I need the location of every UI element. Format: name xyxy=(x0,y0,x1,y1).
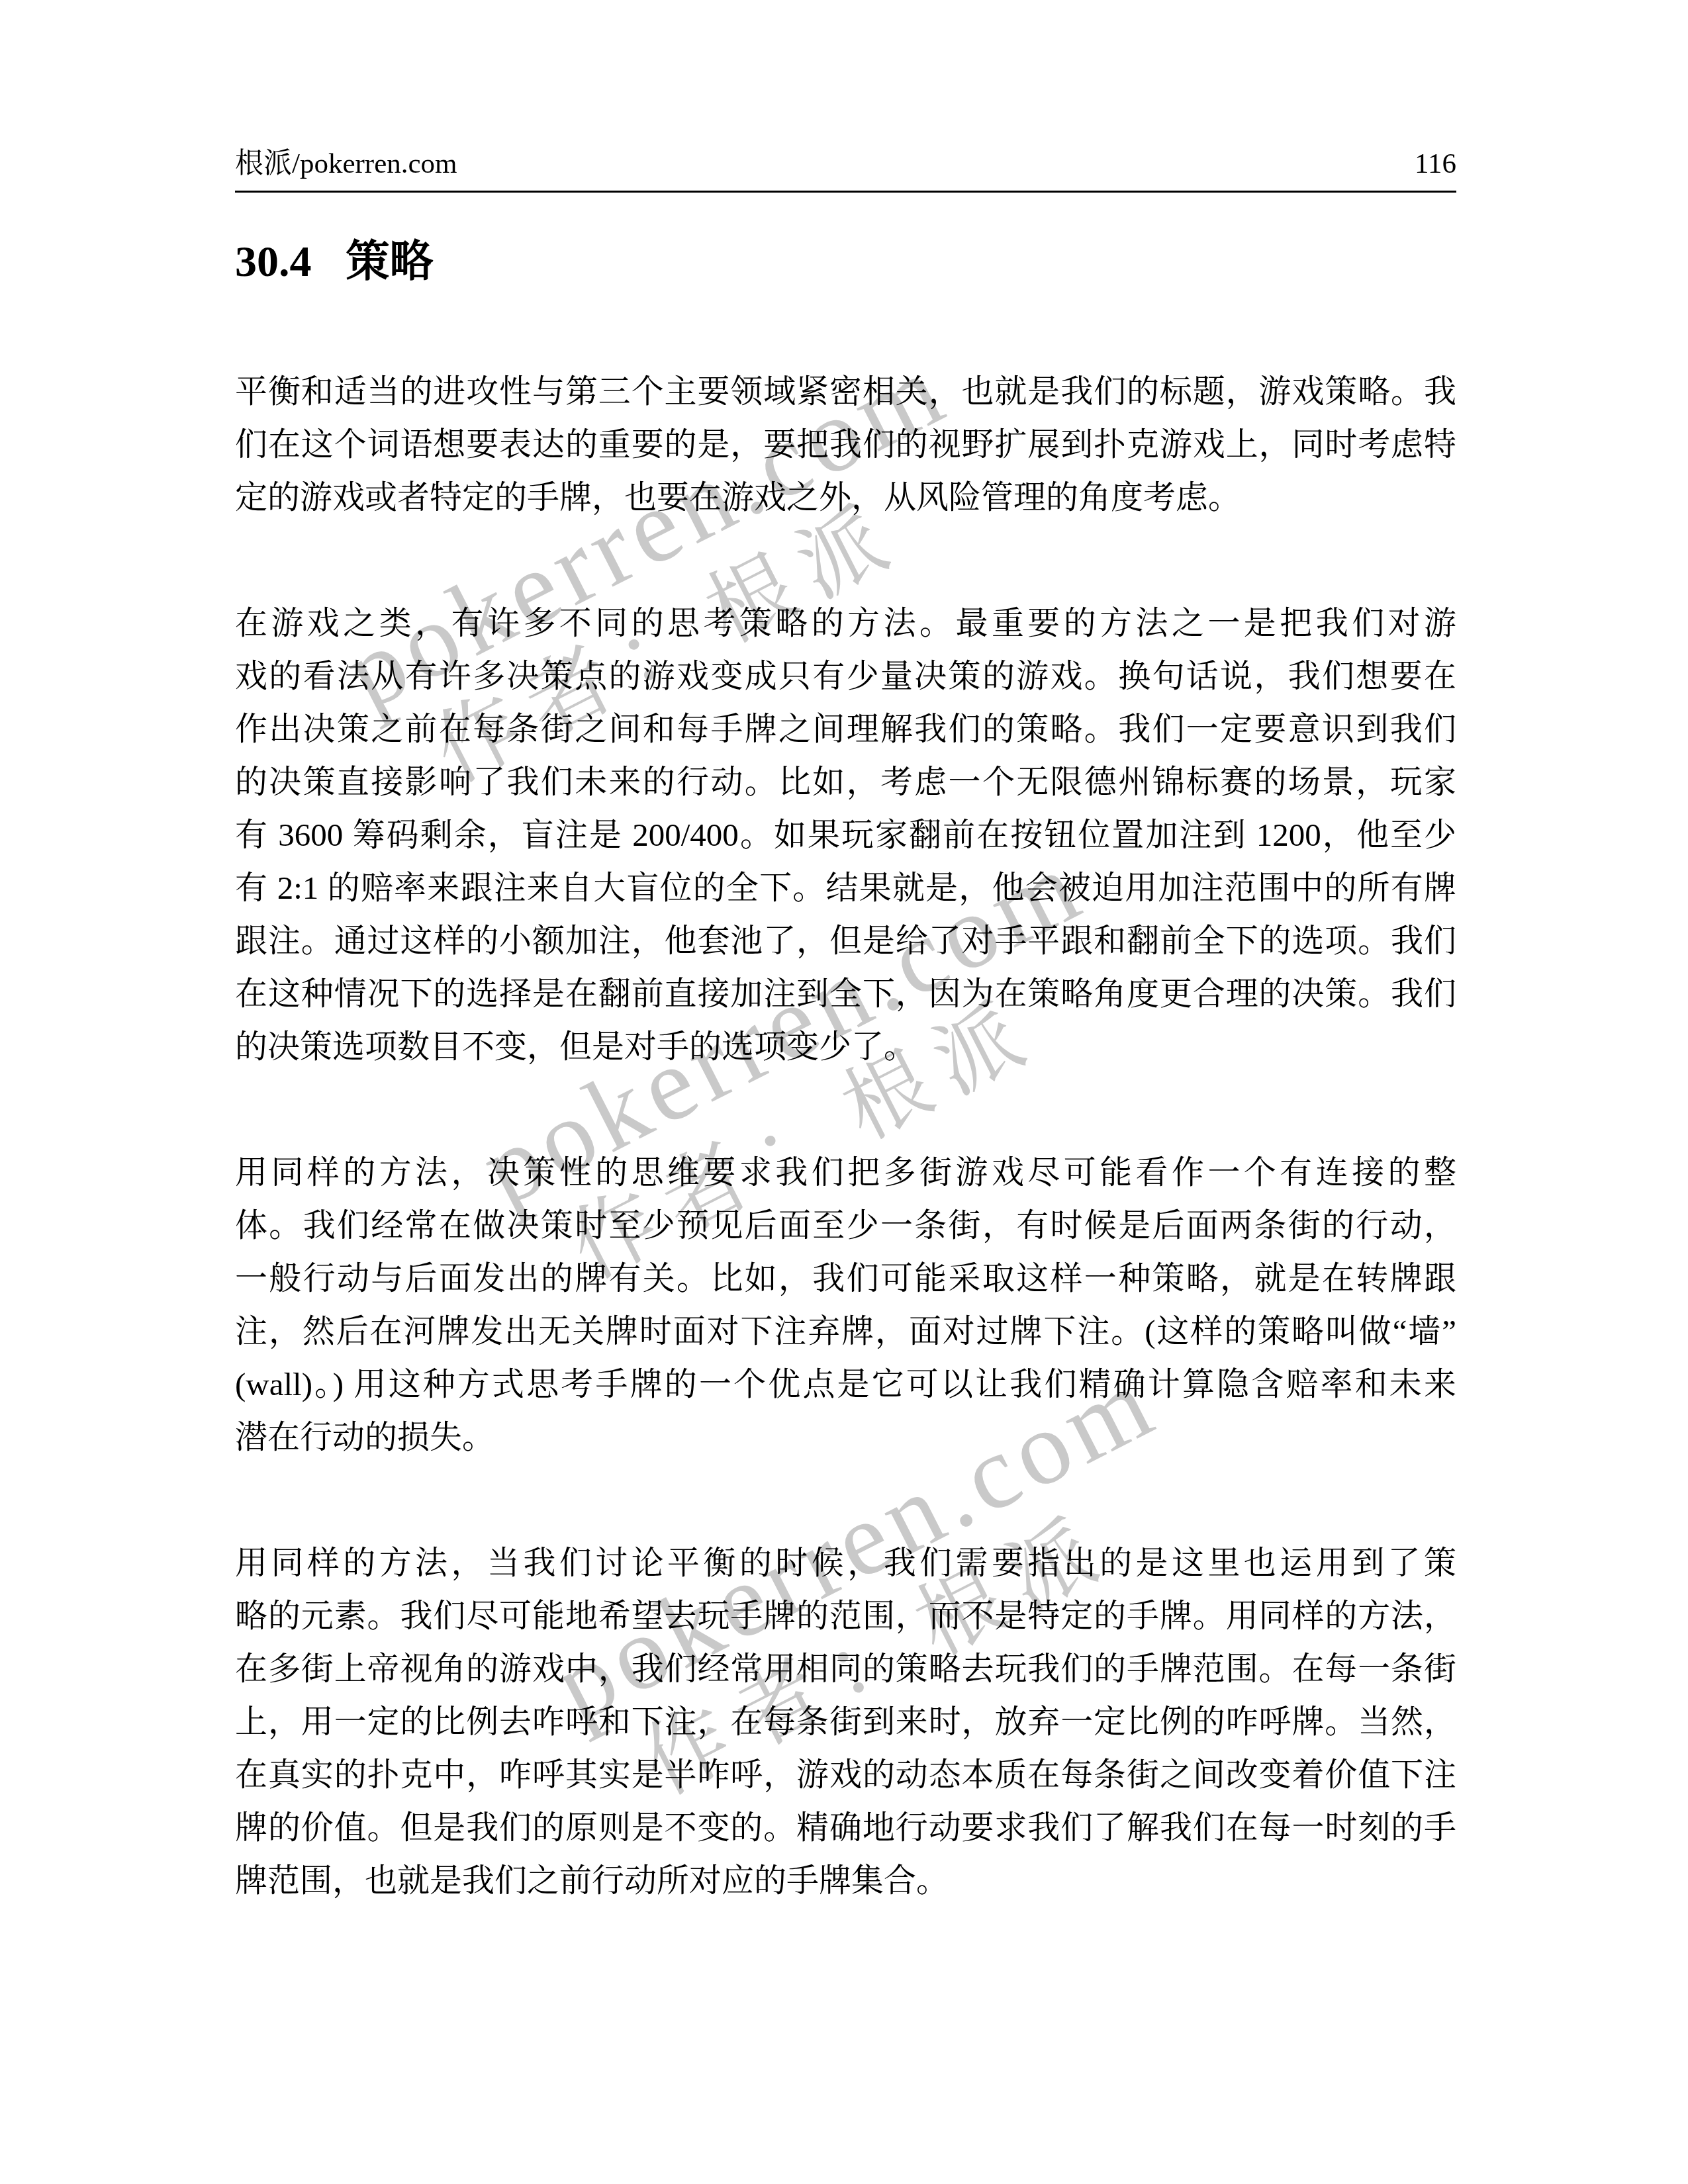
text-line: 在游戏之类，有许多不同的思考策略的方法。最重要的方法之一是把我们对游 xyxy=(235,597,1456,650)
section-number: 30.4 xyxy=(235,238,312,286)
page-number: 116 xyxy=(1415,150,1456,178)
text-line: 略的元素。我们尽可能地希望去玩手牌的范围，而不是特定的手牌。用同样的方法， xyxy=(235,1590,1456,1643)
text-line: 在多街上帝视角的游戏中，我们经常用相同的策略去玩我们的手牌范围。在每一条街 xyxy=(235,1643,1456,1696)
text-line: 平衡和适当的进攻性与第三个主要领域紧密相关，也就是我们的标题，游戏策略。我 xyxy=(235,365,1456,418)
text-line: 作出决策之前在每条街之间和每手牌之间理解我们的策略。我们一定要意识到我们 xyxy=(235,703,1456,756)
text-line: 的决策选项数目不变，但是对手的选项变少了。 xyxy=(235,1021,1456,1073)
text-line: 在这种情况下的选择是在翻前直接加注到全下，因为在策略角度更合理的决策。我们 xyxy=(235,968,1456,1021)
text-line: 体。我们经常在做决策时至少预见后面至少一条街，有时候是后面两条街的行动， xyxy=(235,1199,1456,1252)
text-line: 上，用一定的比例去咋呼和下注，在每条街到来时，放弃一定比例的咋呼牌。当然， xyxy=(235,1696,1456,1749)
section-heading: 30.4策略 xyxy=(235,238,434,287)
text-line: 在真实的扑克中，咋呼其实是半咋呼，游戏的动态本质在每条街之间改变着价值下注 xyxy=(235,1749,1456,1801)
text-line: 用同样的方法，当我们讨论平衡的时候，我们需要指出的是这里也运用到了策 xyxy=(235,1537,1456,1590)
header-site-text: 根派/pokerren.com xyxy=(235,150,457,178)
text-line: 定的游戏或者特定的手牌，也要在游戏之外，从风险管理的角度考虑。 xyxy=(235,471,1456,524)
text-line: 们在这个词语想要表达的重要的是，要把我们的视野扩展到扑克游戏上，同时考虑特 xyxy=(235,418,1456,471)
text-line: 用同样的方法，决策性的思维要求我们把多街游戏尽可能看作一个有连接的整 xyxy=(235,1146,1456,1199)
header-rule xyxy=(235,191,1456,193)
paragraph: 用同样的方法，当我们讨论平衡的时候，我们需要指出的是这里也运用到了策略的元素。我… xyxy=(235,1537,1456,1907)
body-text: 平衡和适当的进攻性与第三个主要领域紧密相关，也就是我们的标题，游戏策略。我们在这… xyxy=(235,365,1456,1907)
text-line: 一般行动与后面发出的牌有关。比如，我们可能采取这样一种策略，就是在转牌跟 xyxy=(235,1252,1456,1305)
section-title: 策略 xyxy=(346,238,434,286)
paragraph: 在游戏之类，有许多不同的思考策略的方法。最重要的方法之一是把我们对游戏的看法从有… xyxy=(235,597,1456,1073)
paragraph: 平衡和适当的进攻性与第三个主要领域紧密相关，也就是我们的标题，游戏策略。我们在这… xyxy=(235,365,1456,524)
text-line: 有 2:1 的赔率来跟注来自大盲位的全下。结果就是，他会被迫用加注范围中的所有牌 xyxy=(235,862,1456,915)
text-line: 有 3600 筹码剩余，盲注是 200/400。如果玩家翻前在按钮位置加注到 1… xyxy=(235,809,1456,862)
text-line: 的决策直接影响了我们未来的行动。比如，考虑一个无限德州锦标赛的场景，玩家 xyxy=(235,756,1456,809)
paragraph: 用同样的方法，决策性的思维要求我们把多街游戏尽可能看作一个有连接的整体。我们经常… xyxy=(235,1146,1456,1464)
text-line: 潜在行动的损失。 xyxy=(235,1411,1456,1464)
text-line: 注，然后在河牌发出无关牌时面对下注弃牌，面对过牌下注。(这样的策略叫做“墙” xyxy=(235,1305,1456,1358)
text-line: 牌范围，也就是我们之前行动所对应的手牌集合。 xyxy=(235,1854,1456,1907)
text-line: 牌的价值。但是我们的原则是不变的。精确地行动要求我们了解我们在每一时刻的手 xyxy=(235,1801,1456,1854)
text-line: 跟注。通过这样的小额加注，他套池了，但是给了对手平跟和翻前全下的选项。我们 xyxy=(235,915,1456,968)
text-line: 戏的看法从有许多决策点的游戏变成只有少量决策的游戏。换句话说，我们想要在 xyxy=(235,650,1456,703)
document-page: pokerren.com 作者：根派 pokerren.com 作者：根派 po… xyxy=(0,0,1688,2184)
page-header: 根派/pokerren.com 116 xyxy=(235,150,1456,178)
text-line: (wall)。) 用这种方式思考手牌的一个优点是它可以让我们精确计算隐含赔率和未… xyxy=(235,1358,1456,1411)
